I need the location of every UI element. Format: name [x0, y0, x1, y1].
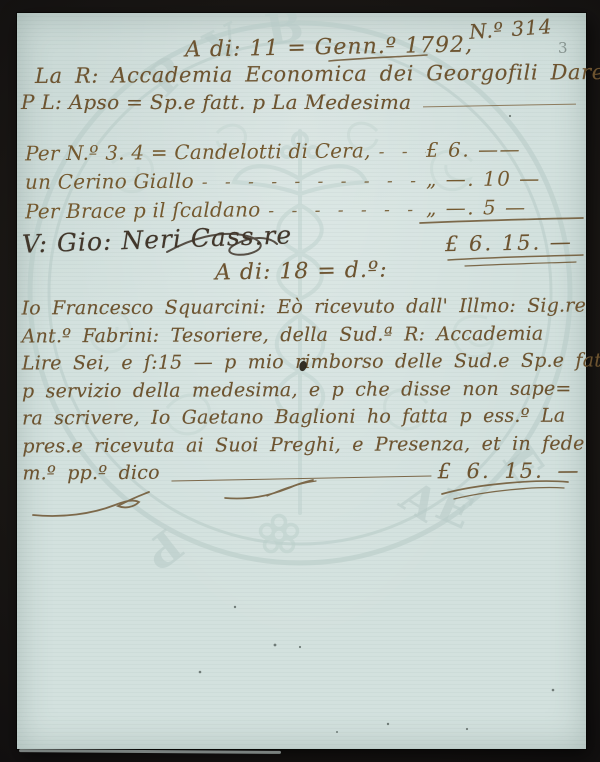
entry-date-line: A di: 11 = Genn.º 1792,	[185, 32, 473, 62]
receipt-text-line: p servizio della medesima, e p che disse…	[22, 375, 580, 405]
subject-line: P L: Apso = Sp.e fatt. p La Medesima	[21, 90, 578, 114]
expense-row: Per Brace p il ſcaldano - - - - - - - - …	[25, 195, 578, 224]
photo-background: P V B A E P E	[0, 0, 600, 762]
expense-amount: £ 6. ——	[426, 137, 578, 162]
expense-amount: „ —. 5 —	[426, 195, 578, 220]
receipt-text-line: ra scrivere, Io Gaetano Baglioni ho fatt…	[22, 403, 580, 433]
subject-text: P L: Apso = Sp.e fatt. p La Medesima	[21, 90, 411, 114]
expense-row: Per N.º 3. 4 = Candelotti di Cera, - - -…	[25, 137, 578, 166]
watermark-letter: P	[134, 518, 191, 579]
account-title-line: La R: Accademia Economica dei Georgofili…	[35, 60, 600, 88]
expense-description: Per Brace p il ſcaldano	[25, 197, 261, 223]
receipt-text-line: Io Francesco Squarcini: Eò ricevuto dall…	[21, 293, 579, 323]
receipt-text-line: Ant.º Fabrini: Tesoriere, della Sud.ª R:…	[22, 320, 580, 350]
closing-text: m.º pp.º dico	[22, 460, 159, 488]
expense-description: Per N.º 3. 4 = Candelotti di Cera,	[25, 138, 371, 165]
document-page: P V B A E P E	[17, 13, 586, 749]
receipt-closing-line: m.º pp.º dico £ 6. 15. —	[22, 458, 580, 488]
dash-leader: - - - - - - - - -	[260, 200, 426, 221]
section2-total-amount: £ 6. 15. —	[438, 458, 581, 486]
section1-total-amount: £ 6. 15. —	[445, 230, 573, 256]
ruled-line	[172, 475, 432, 481]
page-number: 3	[558, 39, 568, 57]
receipt-text-line: Lire Sei, e ſ:15 — p mio rimborso delle …	[22, 348, 580, 378]
receipt-paragraph: Io Francesco Squarcini: Eò ricevuto dall…	[21, 293, 580, 488]
dash-leader: - - - - - -	[371, 142, 427, 162]
watermark-rosette	[261, 516, 298, 552]
dash-leader: - - - - - - - - - - - - -	[194, 171, 426, 193]
expense-row: un Cerino Giallo - - - - - - - - - - - -…	[25, 166, 578, 194]
ruled-line	[423, 104, 576, 108]
receipt-date-line: A di: 18 = d.º:	[215, 257, 388, 285]
receipt-text-line: pres.e ricevuta ai Suoi Preghi, e Presen…	[22, 430, 580, 460]
expense-description: un Cerino Giallo	[25, 169, 194, 194]
expense-amount: „ —. 10 —	[426, 166, 578, 191]
